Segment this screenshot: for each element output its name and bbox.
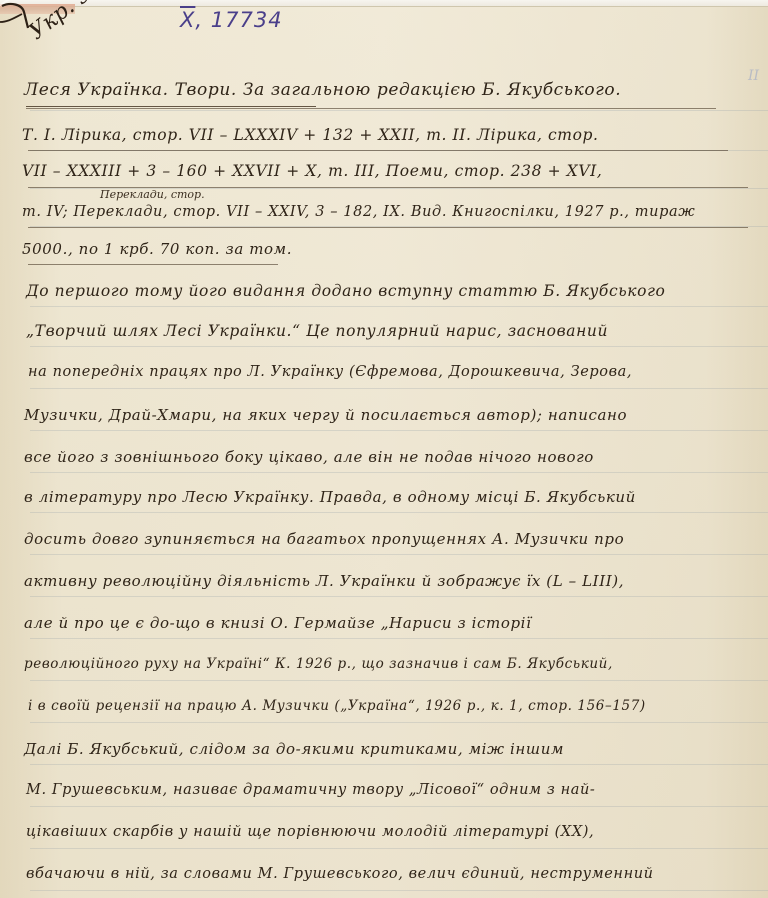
ruled-line	[30, 346, 768, 347]
ruled-line	[30, 512, 768, 513]
manuscript-page: Укр. 992. X, 17734 II Леся Українка. Тво…	[0, 0, 768, 898]
body-line-10: революційного руху на Україні“ К. 1926 р…	[24, 656, 613, 672]
accession-roman: X	[180, 8, 195, 32]
citation-underline	[26, 108, 716, 109]
ruled-line	[30, 472, 768, 473]
body-line-12: Далі Б. Якубський, слідом за до-якими кр…	[24, 740, 564, 758]
ruled-line	[30, 430, 768, 431]
body-line-2: „Творчий шлях Лесі Українки.“ Це популяр…	[26, 322, 608, 340]
citation-underline	[28, 150, 728, 151]
ruled-line	[30, 554, 768, 555]
citation-line-3: VII – XXXIII + 3 – 160 + XXVII + X, т. I…	[22, 162, 602, 180]
body-line-5: все його з зовнішнього боку цікаво, але …	[24, 448, 594, 466]
ruled-line	[30, 722, 768, 723]
citation-underline	[28, 227, 748, 228]
body-line-13: М. Грушевським, називає драматичну твору…	[26, 782, 595, 798]
body-line-3: на попередніх працях про Л. Українку (Єф…	[28, 364, 632, 380]
citation-line-2: Т. I. Лірика, стор. VII – LXXXIV + 132 +…	[22, 126, 599, 144]
body-line-8: активну революційну діяльність Л. Україн…	[24, 572, 624, 590]
body-line-4: Музички, Драй-Хмари, на яких чергу й пос…	[24, 406, 627, 424]
ruled-line	[30, 806, 768, 807]
body-line-14: цікавіших скарбів у нашій ще порівнюючи …	[26, 824, 594, 840]
body-line-1: До першого тому його видання додано всту…	[26, 282, 665, 300]
ruled-line	[30, 388, 768, 389]
ruled-line	[30, 680, 768, 681]
paper-top-edge	[0, 0, 768, 7]
citation-underline	[26, 106, 316, 107]
body-line-6: в літературу про Лесю Українку. Правда, …	[24, 488, 636, 506]
accession-stamp: X, 17734	[180, 8, 283, 32]
body-line-9: але й про це є до-що в книзі О. Гермайзе…	[24, 614, 531, 632]
margin-note: II	[748, 68, 759, 84]
ruled-line	[30, 638, 768, 639]
ruled-line	[30, 848, 768, 849]
body-line-11: і в своїй рецензії на працю А. Музички (…	[28, 698, 646, 714]
body-line-15: вбачаючи в ній, за словами М. Грушевсько…	[26, 866, 654, 882]
accession-separator: ,	[195, 8, 210, 32]
citation-line-1: Леся Українка. Твори. За загальною редак…	[24, 80, 621, 100]
citation-line-5: 5000., по 1 крб. 70 коп. за том.	[22, 240, 292, 258]
citation-line-4: т. IV; Переклади, стор. VII – XXIV, 3 – …	[22, 204, 695, 220]
ruled-line	[30, 764, 768, 765]
citation-insertion: Переклади, стор.	[100, 188, 205, 201]
ruled-line	[30, 596, 768, 597]
accession-number: 17734	[211, 8, 283, 32]
ruled-line	[30, 890, 768, 891]
ruled-line	[30, 110, 768, 111]
citation-underline	[28, 264, 278, 265]
body-line-7: досить довго зупиняється на багатьох про…	[24, 530, 624, 548]
ruled-line	[30, 306, 768, 307]
